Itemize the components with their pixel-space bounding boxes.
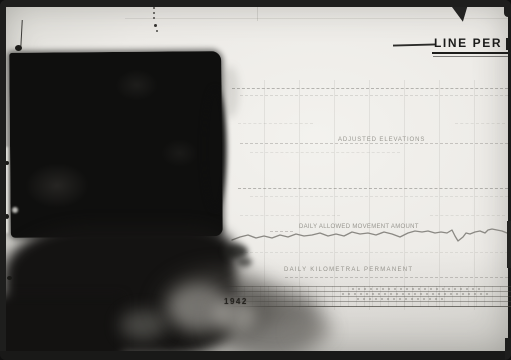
gridline: [240, 215, 340, 216]
photo-border-left: [0, 0, 6, 360]
smoke-wisp: [248, 298, 312, 326]
light-spot: [12, 207, 18, 213]
trace-line: [232, 229, 511, 241]
gridline: [238, 123, 313, 124]
annotation-lower: DAILY KILOMETRAL PERMANENT: [284, 267, 413, 274]
registration-dot-icon: [156, 30, 158, 32]
chart-title: LINE PER: [434, 36, 511, 50]
photo-border-top: [0, 0, 511, 7]
gridline: [430, 215, 505, 216]
gridline: [257, 7, 258, 21]
smoke-highlight: [120, 310, 166, 340]
gridline: [455, 123, 505, 124]
ink-stain-bump: [204, 88, 226, 210]
edge-hole: [7, 276, 12, 280]
gridline: [238, 188, 508, 189]
smoke-wisp: [237, 257, 252, 267]
gridline: [240, 95, 508, 96]
photograph: ADJUSTED ELEVATIONS DAILY ALLOWED MOVEME…: [0, 0, 511, 360]
smoke-wisp: [290, 322, 334, 342]
pin-head-icon: [15, 45, 22, 51]
gridline: [250, 196, 508, 197]
cut-off-letter-stroke: [506, 38, 509, 50]
photo-border-right-top: [504, 0, 511, 17]
registration-dot-icon: [153, 12, 155, 14]
profile-trace: [228, 222, 511, 252]
gridline: [285, 277, 508, 278]
band-entry-marks: [342, 293, 492, 295]
photo-border-bottom: [0, 351, 511, 360]
registration-dot-icon: [154, 24, 157, 27]
photo-border-right-bottom: [505, 338, 511, 360]
gridline: [240, 252, 508, 253]
gridline: [125, 18, 508, 19]
title-underline: [432, 52, 511, 54]
band-entry-marks: [357, 298, 447, 300]
annotation-upper: ADJUSTED ELEVATIONS: [338, 137, 425, 144]
title-underline-secondary: [433, 56, 511, 57]
year-stamp: 1942: [224, 297, 248, 306]
gridline: [232, 88, 508, 89]
band-entry-marks: [352, 288, 482, 290]
registration-dot-icon: [153, 17, 155, 19]
registration-dot-icon: [153, 7, 155, 9]
paper-smudge: [221, 66, 239, 118]
photo-border-right-sliver: [507, 221, 511, 268]
gridline: [250, 152, 400, 153]
ink-stain-main: [9, 51, 223, 238]
